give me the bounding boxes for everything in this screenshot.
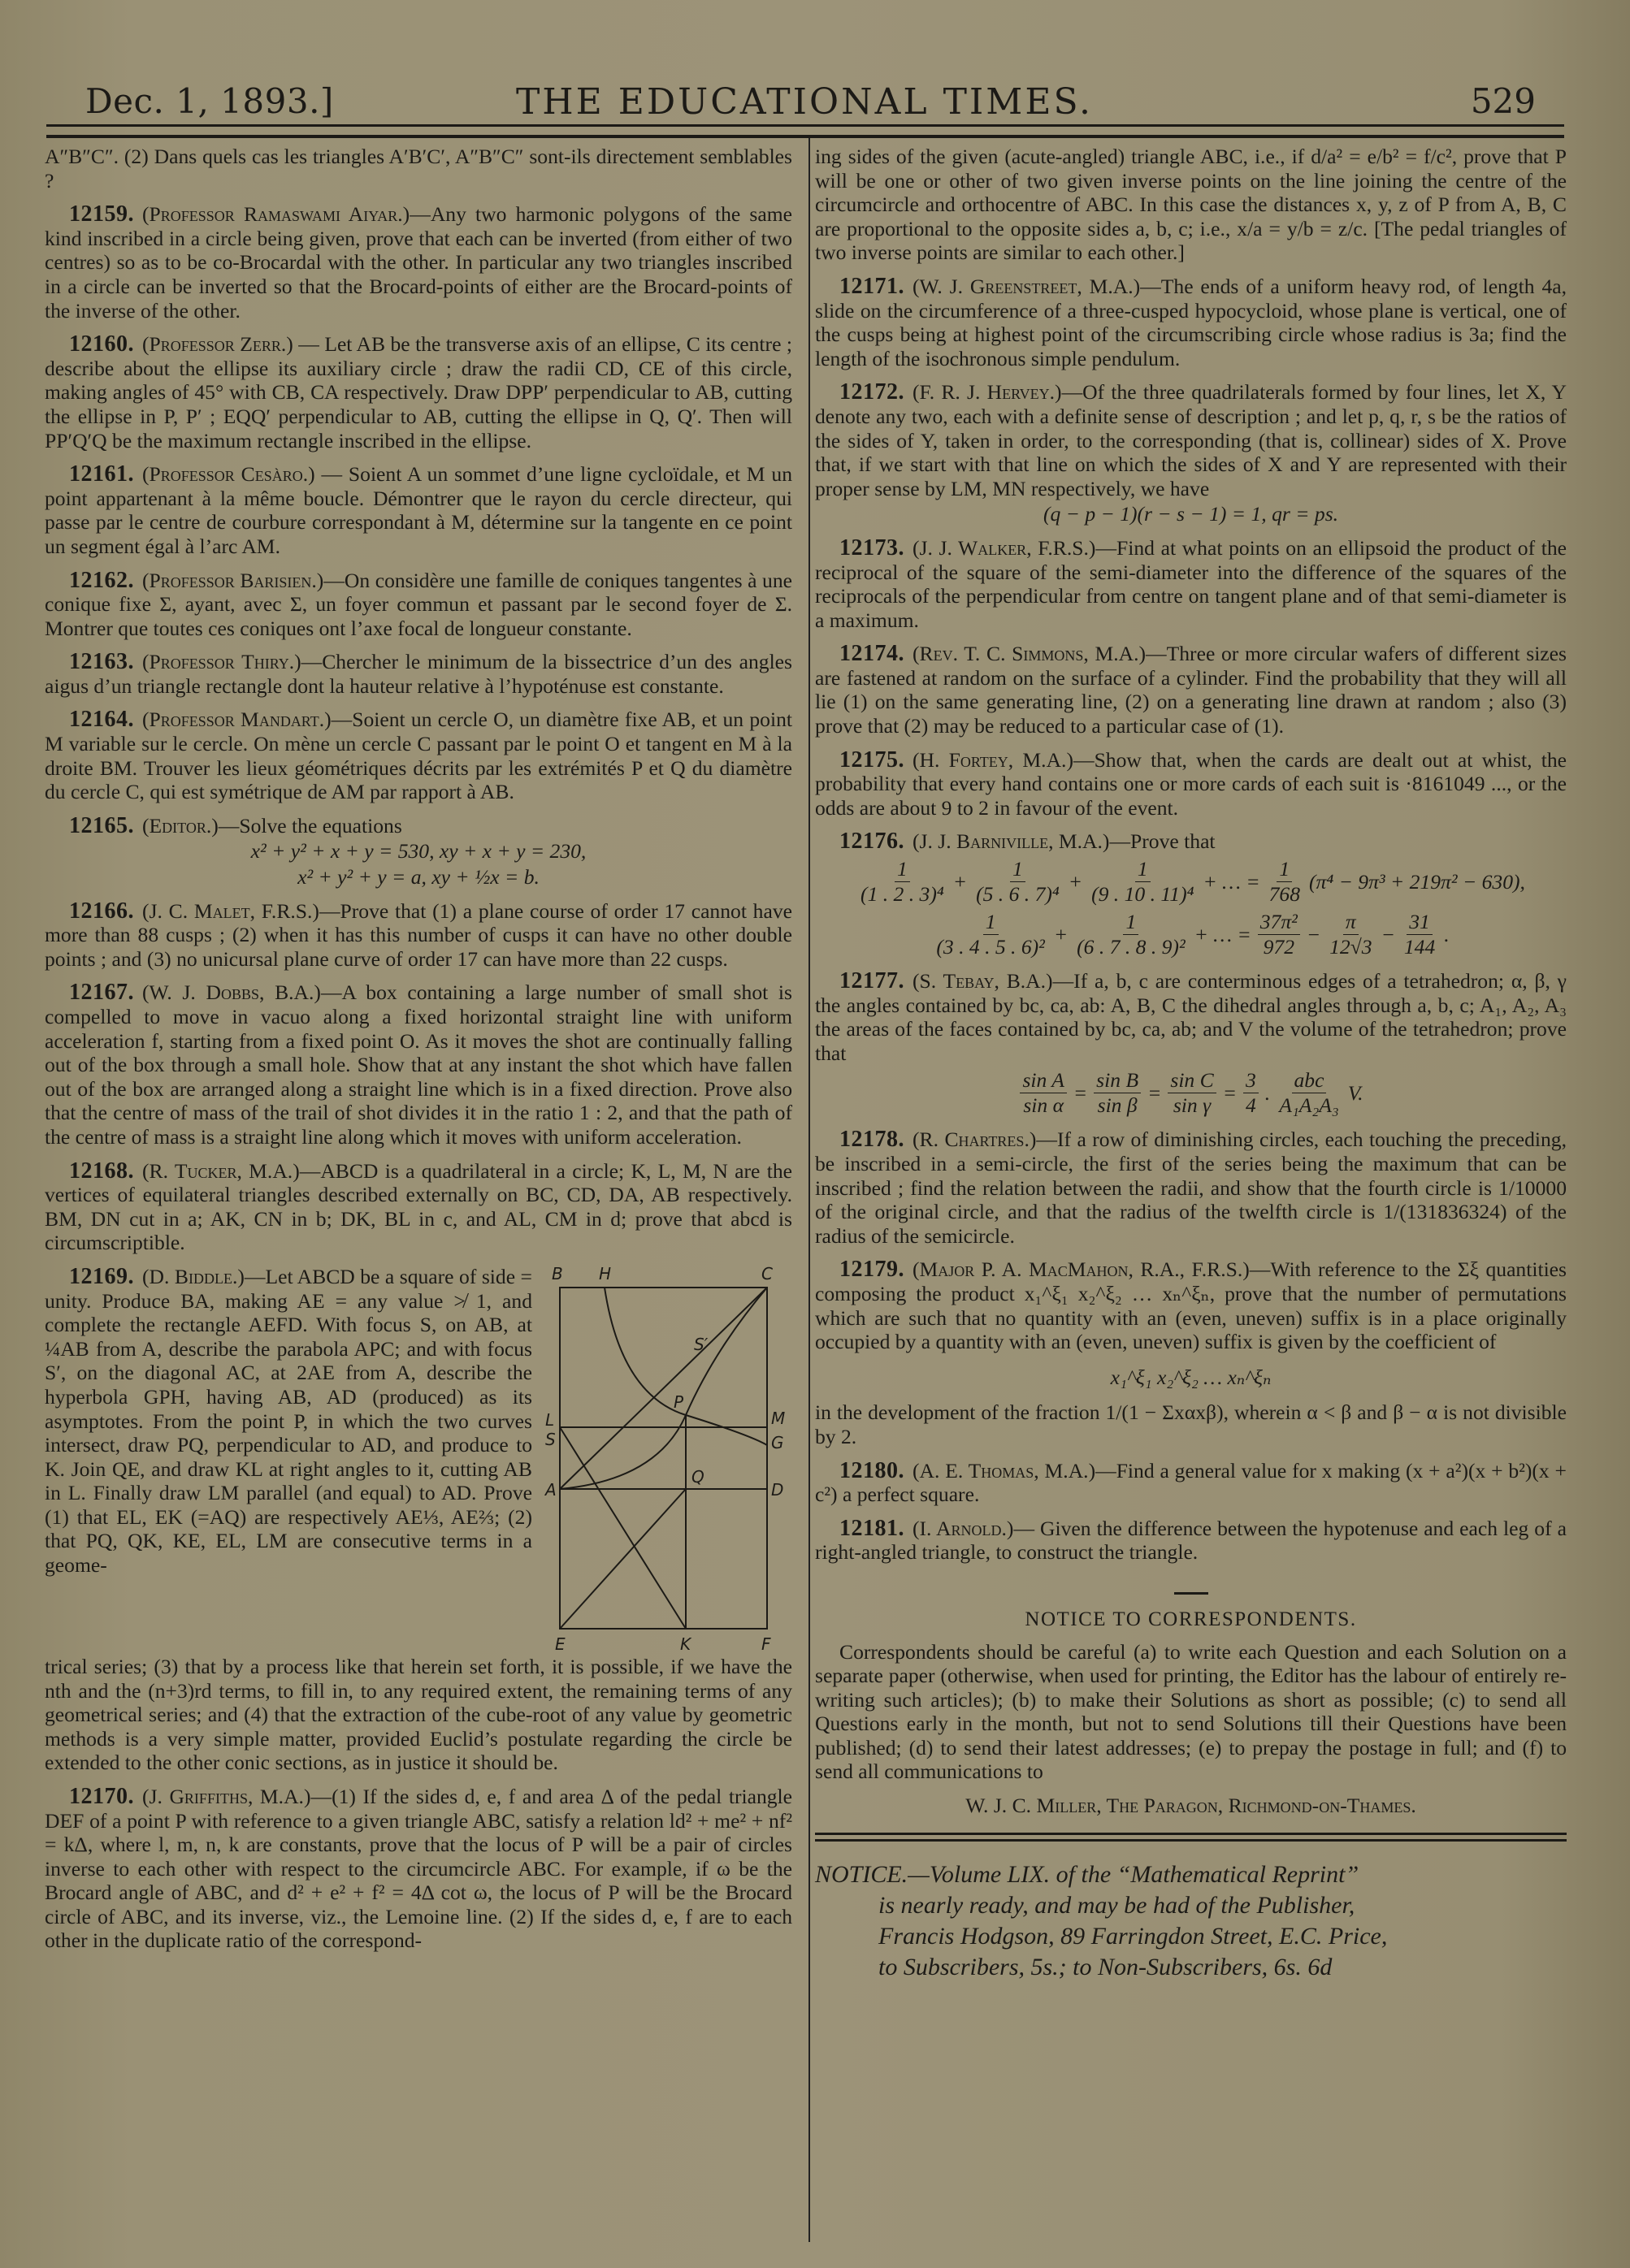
question-number: 12178. xyxy=(839,1127,904,1152)
denominator: (9 . 10 . 11)⁴ xyxy=(1089,882,1196,907)
question-author: (W. J. Greenstreet, M.A.) xyxy=(913,275,1140,298)
question-number: 12174. xyxy=(839,641,904,666)
fraction: sin Csin γ xyxy=(1168,1068,1216,1118)
numerator: 1 xyxy=(1135,857,1151,882)
svg-text:A: A xyxy=(544,1480,557,1500)
svg-text:D: D xyxy=(771,1480,783,1500)
numerator: abc xyxy=(1292,1068,1327,1093)
question-12172: 12172.(F. R. J. Hervey.)—Of the three qu… xyxy=(815,380,1567,500)
double-rule xyxy=(815,1833,1567,1842)
fraction: abcA₁A₂A₃ xyxy=(1277,1068,1342,1118)
question-author: (J. C. Malet, F.R.S.) xyxy=(142,899,319,923)
question-12169-continued: trical series; (3) that by a process lik… xyxy=(45,1655,792,1775)
question-number: 12173. xyxy=(839,535,904,561)
header-rule-bottom xyxy=(46,135,1564,138)
editor-address: W. J. C. Miller, The Paragon, Richmond-o… xyxy=(815,1794,1567,1818)
question-author: (Rev. T. C. Simmons, M.A.) xyxy=(913,642,1146,665)
numerator: 1 xyxy=(1123,910,1138,935)
question-author: (I. Arnold.) xyxy=(913,1517,1013,1540)
numerator: 1 xyxy=(983,910,999,935)
denominator: (1 . 2 . 3)⁴ xyxy=(858,882,947,907)
series-equation-1: 1(1 . 2 . 3)⁴+ 1(5 . 6 . 7)⁴+ 1(9 . 10 .… xyxy=(815,857,1567,907)
question-author: (F. R. J. Hervey.) xyxy=(913,380,1062,404)
numerator: sin B xyxy=(1094,1068,1141,1093)
question-12159: 12159.(Professor Ramaswami Aiyar.)—Any t… xyxy=(45,202,792,322)
question-author: (Professor Ramaswami Aiyar.) xyxy=(142,202,410,226)
question-text: —Prove that xyxy=(1109,829,1215,853)
question-author: (S. Tebay, B.A.) xyxy=(913,969,1053,993)
geometry-figure: BHC S′P LM SG QAD EKF xyxy=(544,1265,787,1655)
equation-line: x₁^ξ₁ x₂^ξ₂ … xₙ^ξₙ xyxy=(815,1366,1567,1390)
question-author: (Professor Thiry.) xyxy=(142,650,301,673)
question-author: (J. Griffiths, M.A.) xyxy=(142,1785,310,1808)
denominator: (5 . 6 . 7)⁴ xyxy=(973,882,1062,907)
numerator: 1 xyxy=(1277,857,1292,882)
question-12169-block: 12169.(D. Biddle.)—Let ABCD be a square … xyxy=(45,1265,792,1655)
question-number: 12161. xyxy=(69,461,134,487)
svg-text:K: K xyxy=(680,1634,692,1654)
denominator: sin α xyxy=(1021,1093,1066,1118)
page-number: 529 xyxy=(1471,81,1536,121)
question-author: (Professor Cesàro.) xyxy=(142,462,315,486)
question-12179: 12179.(Major P. A. MacMahon, R.A., F.R.S… xyxy=(815,1257,1567,1353)
question-number: 12170. xyxy=(69,1784,134,1809)
svg-text:E: E xyxy=(555,1634,566,1654)
svg-text:C: C xyxy=(761,1265,773,1283)
svg-text:F: F xyxy=(761,1634,771,1654)
fraction: 1(9 . 10 . 11)⁴ xyxy=(1089,857,1196,907)
question-author: (Professor Mandart.) xyxy=(142,708,332,731)
numerator: 3 xyxy=(1243,1068,1259,1093)
question-12167: 12167.(W. J. Dobbs, B.A.)—A box containi… xyxy=(45,980,792,1149)
question-text: —Solve the equations xyxy=(219,814,402,838)
question-12166: 12166.(J. C. Malet, F.R.S.)—Prove that (… xyxy=(45,899,792,972)
question-12165: 12165.(Editor.)—Solve the equations xyxy=(45,814,792,838)
denominator: 4 xyxy=(1243,1093,1259,1118)
question-author: (H. Fortey, M.A.) xyxy=(913,748,1073,772)
question-author: (J. J. Walker, F.R.S.) xyxy=(913,536,1095,560)
question-number: 12163. xyxy=(69,649,134,674)
question-12171: 12171.(W. J. Greenstreet, M.A.)—The ends… xyxy=(815,275,1567,370)
reprint-notice-line: NOTICE.—Volume LIX. of the “Mathematical… xyxy=(815,1861,1359,1888)
question-12163: 12163.(Professor Thiry.)—Chercher le min… xyxy=(45,650,792,698)
question-number: 12179. xyxy=(839,1257,904,1282)
question-12174: 12174.(Rev. T. C. Simmons, M.A.)—Three o… xyxy=(815,642,1567,738)
fraction: 31144 xyxy=(1402,910,1437,959)
question-number: 12164. xyxy=(69,707,134,732)
question-text: —A box containing a large number of smal… xyxy=(45,980,792,1149)
svg-text:H: H xyxy=(599,1265,611,1283)
question-number: 12162. xyxy=(69,568,134,593)
section-separator xyxy=(1174,1592,1208,1595)
denominator: 12√3 xyxy=(1327,935,1374,959)
svg-text:S′: S′ xyxy=(694,1335,709,1354)
question-12160: 12160.(Professor Zerr.) — Let AB be the … xyxy=(45,332,792,452)
numerator: 31 xyxy=(1407,910,1433,935)
page-header: Dec. 1, 1893.] THE EDUCATIONAL TIMES. 52… xyxy=(45,81,1564,130)
question-author: (A. E. Thomas, M.A.) xyxy=(913,1459,1095,1482)
header-rule-top xyxy=(46,124,1564,127)
question-12169: 12169.(D. Biddle.)—Let ABCD be a square … xyxy=(45,1265,532,1655)
question-number: 12159. xyxy=(69,201,134,227)
question-text: —(1) If the sides d, e, f and area Δ of … xyxy=(45,1785,792,1953)
question-number: 12181. xyxy=(839,1516,904,1541)
numerator: 1 xyxy=(1010,857,1025,882)
question-author: (R. Tucker, M.A.) xyxy=(142,1159,300,1183)
fraction: sin Asin α xyxy=(1020,1068,1066,1118)
question-author: (W. J. Dobbs, B.A.) xyxy=(142,980,321,1004)
fraction: 1(5 . 6 . 7)⁴ xyxy=(973,857,1062,907)
numerator: π xyxy=(1343,910,1359,935)
fraction: sin Bsin β xyxy=(1094,1068,1141,1118)
question-number: 12165. xyxy=(69,813,134,838)
question-text: —Let ABCD be a square of side = unity. P… xyxy=(45,1265,532,1577)
fraction: 37π²972 xyxy=(1258,910,1300,959)
question-number: 12171. xyxy=(839,274,904,299)
svg-text:B: B xyxy=(552,1265,563,1283)
question-12180: 12180.(A. E. Thomas, M.A.)—Find a genera… xyxy=(815,1459,1567,1507)
question-number: 12167. xyxy=(69,980,134,1005)
fraction: π12√3 xyxy=(1327,910,1374,959)
question-number: 12172. xyxy=(839,379,904,405)
tetrahedron-equation: sin Asin α= sin Bsin β= sin Csin γ= 34. … xyxy=(815,1068,1567,1118)
denominator: (6 . 7 . 8 . 9)² xyxy=(1074,935,1188,959)
rhs-expression: (π⁴ − 9π³ + 219π² − 630), xyxy=(1309,870,1525,894)
svg-text:Q: Q xyxy=(691,1467,704,1487)
question-12181: 12181.(I. Arnold.)— Given the difference… xyxy=(815,1517,1567,1565)
question-number: 12168. xyxy=(69,1158,134,1184)
svg-text:P: P xyxy=(674,1392,684,1412)
denominator: sin β xyxy=(1095,1093,1140,1118)
question-number: 12169. xyxy=(69,1264,134,1289)
question-12168: 12168.(R. Tucker, M.A.)—ABCD is a quadri… xyxy=(45,1159,792,1255)
notice-title: NOTICE TO CORRESPONDENTS. xyxy=(815,1608,1567,1632)
svg-text:S: S xyxy=(545,1430,556,1449)
question-author: (D. Biddle.) xyxy=(142,1265,245,1288)
fraction: 1(6 . 7 . 8 . 9)² xyxy=(1074,910,1188,959)
continuation-text: A″B″C″. (2) Dans quels cas les triangles… xyxy=(45,145,792,193)
question-author: (Professor Zerr.) xyxy=(142,332,293,356)
denominator: sin γ xyxy=(1171,1093,1213,1118)
svg-text:L: L xyxy=(545,1410,554,1430)
svg-text:M: M xyxy=(771,1409,785,1428)
question-12161: 12161.(Professor Cesàro.) — Soient A un … xyxy=(45,462,792,558)
journal-title: THE EDUCATIONAL TIMES. xyxy=(45,81,1564,123)
question-author: (Major P. A. MacMahon, R.A., F.R.S.) xyxy=(913,1257,1250,1281)
question-number: 12175. xyxy=(839,747,904,773)
question-number: 12177. xyxy=(839,968,904,993)
denominator: A₁A₂A₃ xyxy=(1277,1093,1342,1118)
question-12179-continued: in the development of the fraction 1/(1 … xyxy=(815,1400,1567,1448)
right-column: ing sides of the given (acute-angled) tr… xyxy=(815,145,1567,1983)
question-number: 12160. xyxy=(69,331,134,357)
reprint-notice-line: to Subscribers, 5s.; to Non-Subscribers,… xyxy=(815,1952,1567,1983)
column-divider xyxy=(808,138,810,2242)
volume-symbol: V. xyxy=(1348,1081,1363,1106)
denominator: 972 xyxy=(1261,935,1297,959)
notice-body: Correspondents should be careful (a) to … xyxy=(815,1640,1567,1785)
question-number: 12180. xyxy=(839,1458,904,1483)
fraction: 34 xyxy=(1243,1068,1259,1118)
question-author: (Editor.) xyxy=(142,814,219,838)
question-12175: 12175.(H. Fortey, M.A.)—Show that, when … xyxy=(815,748,1567,820)
question-12177: 12177.(S. Tebay, B.A.)—If a, b, c are co… xyxy=(815,969,1567,1065)
equation-line: (q − p − 1)(r − s − 1) = 1, qr = ps. xyxy=(815,502,1567,526)
equation-line: x² + y² + y = a, xy + ½x = b. xyxy=(45,865,792,889)
numerator: sin A xyxy=(1020,1068,1066,1093)
fraction: 1768 xyxy=(1267,857,1303,907)
question-number: 12176. xyxy=(839,829,904,854)
numerator: sin C xyxy=(1168,1068,1216,1093)
numerator: 37π² xyxy=(1258,910,1300,935)
reprint-notice: NOTICE.—Volume LIX. of the “Mathematical… xyxy=(815,1859,1567,1983)
question-author: (Professor Barisien.) xyxy=(142,569,323,592)
question-12173: 12173.(J. J. Walker, F.R.S.)—Find at wha… xyxy=(815,536,1567,632)
question-author: (R. Chartres.) xyxy=(913,1128,1036,1151)
denominator: 768 xyxy=(1267,882,1303,907)
continuation-text: ing sides of the given (acute-angled) tr… xyxy=(815,145,1567,265)
equation-line: x² + y² + x + y = 530, xy + x + y = 230, xyxy=(45,839,792,863)
denominator: (3 . 4 . 5 . 6)² xyxy=(934,935,1047,959)
question-12164: 12164.(Professor Mandart.)—Soient un cer… xyxy=(45,708,792,803)
question-12178: 12178.(R. Chartres.)—If a row of diminis… xyxy=(815,1128,1567,1248)
fraction: 1(1 . 2 . 3)⁴ xyxy=(858,857,947,907)
reprint-notice-line: Francis Hodgson, 89 Farringdon Street, E… xyxy=(815,1921,1567,1952)
denominator: 144 xyxy=(1402,935,1437,959)
numerator: 1 xyxy=(895,857,910,882)
left-column: A″B″C″. (2) Dans quels cas les triangles… xyxy=(45,145,792,1963)
fraction: 1(3 . 4 . 5 . 6)² xyxy=(934,910,1047,959)
question-number: 12166. xyxy=(69,898,134,924)
reprint-notice-line: is nearly ready, and may be had of the P… xyxy=(815,1890,1567,1921)
question-author: (J. J. Barniville, M.A.) xyxy=(913,829,1109,853)
question-12162: 12162.(Professor Barisien.)—On considère… xyxy=(45,569,792,641)
svg-text:G: G xyxy=(771,1433,784,1452)
question-12170: 12170.(J. Griffiths, M.A.)—(1) If the si… xyxy=(45,1785,792,1953)
series-equation-2: 1(3 . 4 . 5 . 6)²+ 1(6 . 7 . 8 . 9)²+ … … xyxy=(815,910,1567,959)
question-12176: 12176.(J. J. Barniville, M.A.)—Prove tha… xyxy=(815,829,1567,854)
